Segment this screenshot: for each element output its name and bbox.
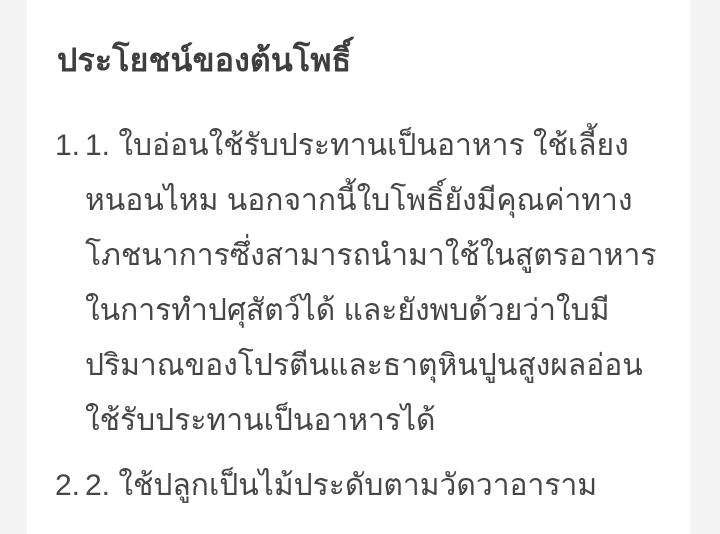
text-line: หนอนไหม นอกจากนี้ใบโพธิ์ยังมีคุณค่าทาง	[85, 173, 666, 228]
benefits-list: 1. 1. ใบอ่อนใช้รับประทานเป็นอาหาร ใช้เลี…	[55, 118, 666, 513]
text-line: โภชนาการซึ่งสามารถนำมาใช้ในสูตรอาหาร	[85, 228, 666, 283]
list-item-text: 2. ใช้ปลูกเป็นไม้ประดับตามวัดวาอาราม	[85, 458, 666, 513]
text-line: ใช้รับประทานเป็นอาหารได้	[85, 393, 666, 448]
list-marker: 2.	[55, 458, 85, 513]
list-item-text: 1. ใบอ่อนใช้รับประทานเป็นอาหาร ใช้เลี้ยง…	[85, 118, 666, 448]
list-item: 1. 1. ใบอ่อนใช้รับประทานเป็นอาหาร ใช้เลี…	[55, 118, 666, 448]
list-item: 2. 2. ใช้ปลูกเป็นไม้ประดับตามวัดวาอาราม	[55, 458, 666, 513]
page-title: ประโยชน์ของต้นโพธิ์	[57, 38, 666, 82]
page-background: ประโยชน์ของต้นโพธิ์ 1. 1. ใบอ่อนใช้รับปร…	[0, 0, 720, 534]
list-marker: 1.	[55, 118, 85, 173]
article-card: ประโยชน์ของต้นโพธิ์ 1. 1. ใบอ่อนใช้รับปร…	[27, 0, 690, 534]
text-line: ในการทำปศุสัตว์ได้ และยังพบด้วยว่าใบมี	[85, 283, 666, 338]
text-line: 2. ใช้ปลูกเป็นไม้ประดับตามวัดวาอาราม	[85, 458, 666, 513]
text-line: 1. ใบอ่อนใช้รับประทานเป็นอาหาร ใช้เลี้ยง	[85, 118, 666, 173]
text-line: ปริมาณของโปรตีนและธาตุหินปูนสูงผลอ่อน	[85, 338, 666, 393]
